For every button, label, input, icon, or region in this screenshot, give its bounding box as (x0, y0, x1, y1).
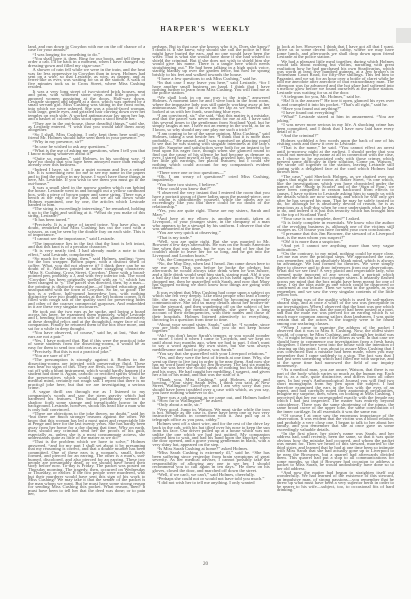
paragraph: “It is fairly complete in essentials. We… (277, 221, 394, 231)
paragraph: land, and run down to Croydon with me on… (28, 45, 145, 52)
paragraph: “You shall have it, then. Ring for our b… (28, 57, 145, 67)
paragraph: “The presumption is strongly against it.… (28, 358, 145, 389)
paragraph: We had a pleasant little meal together, … (277, 60, 394, 95)
paragraph: “The string was of the quality which is … (277, 298, 394, 326)
paragraph: “Of course I at once saw the enormous im… (277, 414, 394, 431)
paragraph: “As a medical man, you are aware, Watson… (277, 368, 394, 413)
paragraph: “I did not wish her to tell me anything.… (152, 481, 269, 484)
paragraph: “And now the matter had begun to straigh… (277, 471, 394, 492)
paragraph: “Well, you are quite right. But she was … (152, 240, 269, 257)
page-number: 20 (0, 562, 411, 567)
paragraph: “And here at my elbow is another portrai… (152, 217, 269, 231)
paragraph: “When I came to examine the address of t… (277, 326, 394, 367)
paragraph: He took out the two ears as he spoke, an… (28, 310, 145, 331)
paragraph: “Quite so, madam,” said Holmes, in his s… (28, 157, 145, 167)
paragraph: “Indeed I have, sir. I am a quiet woman … (28, 168, 145, 185)
text-column-2: perhaps. But in that case she knows who … (152, 45, 269, 559)
paragraph: “Ah! you don't know Sarah's temper, or y… (152, 334, 269, 351)
paragraph: “I was never more serious in my life. A … (277, 123, 394, 133)
paragraph: “The case,” said Sherlock Holmes, as we … (277, 175, 394, 216)
paragraph: perhaps. But in that case she knows who … (152, 45, 269, 76)
paragraph: “In the first place, her sister's name w… (277, 432, 394, 470)
paragraph: A vague thrill ran through me as I liste… (28, 390, 145, 411)
scan-artifact (396, 28, 411, 43)
paragraph: “Precisely. It is a piece of tarred twin… (28, 223, 145, 237)
paragraph: “Yes, and they were the best of friends … (152, 356, 269, 377)
paragraph: It was a very long street of two-storied… (28, 90, 145, 121)
paragraph: “About your second sister, Sarah,” said … (152, 323, 269, 333)
text-column-3: to look at her. However, I think that I … (277, 45, 394, 559)
masthead: HARPER'S WEEKLY (0, 25, 411, 33)
paragraph: It was evident that Miss Cushing had com… (152, 291, 269, 322)
paragraph: It was a small shed in the narrow garden… (28, 186, 145, 207)
paragraph: “Yes, I have noticed that. But if this w… (28, 339, 145, 349)
paragraph: “No, the May Day, when last I heard. Jim… (152, 262, 269, 290)
paragraph: “Miss Sarah Cushing is extremely ill,” s… (152, 451, 269, 472)
article-body: land, and run down to Croydon with me on… (28, 45, 394, 559)
paragraph: “I am coming to be of the same opinion, … (152, 132, 269, 170)
paragraph: “You have observed, of course,” said he,… (28, 331, 145, 338)
paragraph: “Oh, I am weary of questions!” cried Mis… (152, 175, 269, 182)
paragraph: “Very good. Jump in, Watson. We must str… (152, 408, 269, 422)
paragraph: “We shall look in on our way to the trai… (152, 96, 269, 113)
paragraph: “The string is exceedingly interesting,”… (28, 207, 145, 217)
paragraph: “I observed the very instant that I ente… (152, 191, 269, 208)
paragraph: “What is the use of asking me questions,… (28, 149, 145, 156)
paragraph: “On the contrary, to my mind, nothing co… (277, 252, 394, 297)
magazine-page: HARPER'S WEEKLY land, and run down to Cr… (0, 0, 411, 599)
text-column-1: land, and run down to Croydon with me on… (28, 45, 145, 559)
paragraph: “They are in the out-house, those dreadf… (28, 122, 145, 132)
paragraph: A shower of rain fell while we were in t… (28, 68, 145, 89)
paragraph: Holmes sent off a short wire, and for th… (152, 422, 269, 446)
paragraph: “Thank you, Miss Cushing,” said Holmes, … (152, 378, 269, 395)
paragraph: “So much for the string, then,” said Hol… (28, 257, 145, 309)
paragraph: “There are objections to the joke theory… (28, 412, 145, 440)
paragraph: “That is the name,” he said. “You cannot… (277, 146, 394, 174)
paragraph: to look at her. However, I think that I … (277, 45, 394, 59)
paragraph: “That is the problem which we have to so… (28, 440, 145, 495)
paragraph: “I am convinced, sir,” she said, “that t… (152, 114, 269, 131)
paragraph: “In that case I may leave you here,” sai… (152, 81, 269, 95)
